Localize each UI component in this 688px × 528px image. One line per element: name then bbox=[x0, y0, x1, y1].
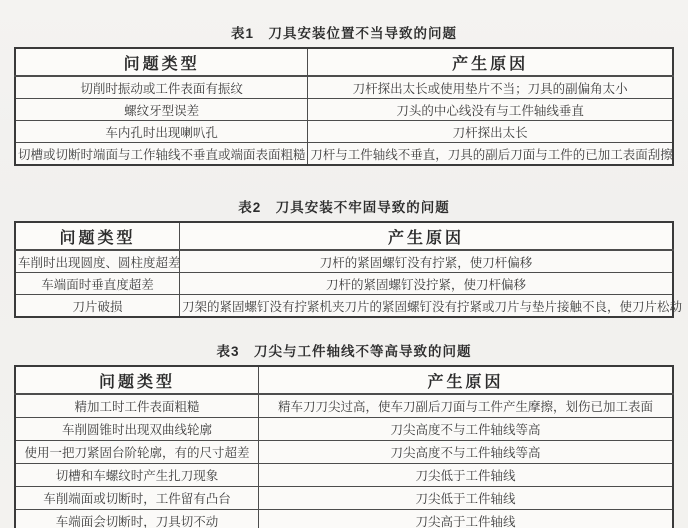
table-row: 切槽或切断时端面与工作轴线不垂直或端面表面粗糙刀杆与工件轴线不垂直，刀具的副后刀… bbox=[15, 143, 673, 166]
table3-problems-tooltip-height: 问题类型产生原因精加工时工件表面粗糙精车刀刀尖过高，使车刀副后刀面与工件产生摩擦… bbox=[14, 365, 674, 528]
problem-type-cell: 精加工时工件表面粗糙 bbox=[15, 394, 258, 418]
problem-type-cell: 切槽或切断时端面与工作轴线不垂直或端面表面粗糙 bbox=[15, 143, 308, 166]
table-row: 精加工时工件表面粗糙精车刀刀尖过高，使车刀副后刀面与工件产生摩擦，划伤已加工表面 bbox=[15, 394, 673, 418]
table2-problems-tool-not-secure: 问题类型产生原因车削时出现圆度、圆柱度超差刀杆的紧固螺钉没有拧紧，使刀杆偏移车端… bbox=[14, 221, 674, 318]
table3-title: 表3 刀尖与工件轴线不等高导致的问题 bbox=[14, 344, 674, 359]
header-row: 问题类型产生原因 bbox=[15, 222, 673, 250]
col-header-cause: 产生原因 bbox=[258, 366, 673, 394]
cause-cell: 刀尖高度不与工件轴线等高 bbox=[258, 441, 673, 464]
cause-cell: 刀杆的紧固螺钉没拧紧，使刀杆偏移 bbox=[180, 273, 674, 295]
problem-type-cell: 车端面时垂直度超差 bbox=[15, 273, 180, 295]
problem-type-cell: 车削时出现圆度、圆柱度超差 bbox=[15, 250, 180, 273]
table-row: 切削时振动或工件表面有振纹刀杆探出太长或使用垫片不当；刀具的副偏角太小 bbox=[15, 76, 673, 99]
table-row: 车削时出现圆度、圆柱度超差刀杆的紧固螺钉没有拧紧，使刀杆偏移 bbox=[15, 250, 673, 273]
problem-type-cell: 车端面会切断时，刀具切不动 bbox=[15, 510, 258, 528]
problem-type-cell: 车削端面或切断时，工件留有凸台 bbox=[15, 487, 258, 510]
table-row: 车削圆锥时出现双曲线轮廓刀尖高度不与工件轴线等高 bbox=[15, 418, 673, 441]
col-header-problem-type: 问题类型 bbox=[15, 48, 308, 76]
table-row: 车端面时垂直度超差刀杆的紧固螺钉没拧紧，使刀杆偏移 bbox=[15, 273, 673, 295]
cause-cell: 刀尖高于工件轴线 bbox=[258, 510, 673, 528]
problem-type-cell: 车削圆锥时出现双曲线轮廓 bbox=[15, 418, 258, 441]
problem-type-cell: 车内孔时出现喇叭孔 bbox=[15, 121, 308, 143]
col-header-cause: 产生原因 bbox=[308, 48, 673, 76]
problem-type-cell: 切槽和车螺纹时产生扎刀现象 bbox=[15, 464, 258, 487]
cause-cell: 刀杆探出太长 bbox=[308, 121, 673, 143]
cause-cell: 刀尖高度不与工件轴线等高 bbox=[258, 418, 673, 441]
cause-cell: 刀架的紧固螺钉没有拧紧机夹刀片的紧固螺钉没有拧紧或刀片与垫片接触不良，使刀片松动 bbox=[180, 295, 674, 318]
table-row: 刀片破损刀架的紧固螺钉没有拧紧机夹刀片的紧固螺钉没有拧紧或刀片与垫片接触不良，使… bbox=[15, 295, 673, 318]
col-header-problem-type: 问题类型 bbox=[15, 222, 180, 250]
cause-cell: 刀尖低于工件轴线 bbox=[258, 464, 673, 487]
problem-type-cell: 使用一把刀紧固台阶轮廓，有的尺寸超差 bbox=[15, 441, 258, 464]
problem-type-cell: 切削时振动或工件表面有振纹 bbox=[15, 76, 308, 99]
table-row: 车内孔时出现喇叭孔刀杆探出太长 bbox=[15, 121, 673, 143]
table-row: 切槽和车螺纹时产生扎刀现象刀尖低于工件轴线 bbox=[15, 464, 673, 487]
col-header-problem-type: 问题类型 bbox=[15, 366, 258, 394]
col-header-cause: 产生原因 bbox=[180, 222, 674, 250]
header-row: 问题类型产生原因 bbox=[15, 366, 673, 394]
table2-section: 表2 刀具安装不牢固导致的问题 问题类型产生原因车削时出现圆度、圆柱度超差刀杆的… bbox=[14, 200, 674, 318]
table-row: 使用一把刀紧固台阶轮廓，有的尺寸超差刀尖高度不与工件轴线等高 bbox=[15, 441, 673, 464]
header-row: 问题类型产生原因 bbox=[15, 48, 673, 76]
cause-cell: 刀杆的紧固螺钉没有拧紧，使刀杆偏移 bbox=[180, 250, 674, 273]
cause-cell: 刀头的中心线没有与工件轴线垂直 bbox=[308, 99, 673, 121]
cause-cell: 精车刀刀尖过高，使车刀副后刀面与工件产生摩擦，划伤已加工表面 bbox=[258, 394, 673, 418]
table-row: 车削端面或切断时，工件留有凸台刀尖低于工件轴线 bbox=[15, 487, 673, 510]
table3-section: 表3 刀尖与工件轴线不等高导致的问题 问题类型产生原因精加工时工件表面粗糙精车刀… bbox=[14, 344, 674, 528]
document-page: 表1 刀具安装位置不当导致的问题 问题类型产生原因切削时振动或工件表面有振纹刀杆… bbox=[0, 0, 688, 528]
table-row: 车端面会切断时，刀具切不动刀尖高于工件轴线 bbox=[15, 510, 673, 528]
table1-title: 表1 刀具安装位置不当导致的问题 bbox=[14, 26, 674, 41]
table-row: 螺纹牙型误差刀头的中心线没有与工件轴线垂直 bbox=[15, 99, 673, 121]
table1-problems-tool-position: 问题类型产生原因切削时振动或工件表面有振纹刀杆探出太长或使用垫片不当；刀具的副偏… bbox=[14, 47, 674, 166]
cause-cell: 刀杆探出太长或使用垫片不当；刀具的副偏角太小 bbox=[308, 76, 673, 99]
problem-type-cell: 螺纹牙型误差 bbox=[15, 99, 308, 121]
table2-title: 表2 刀具安装不牢固导致的问题 bbox=[14, 200, 674, 215]
table1-section: 表1 刀具安装位置不当导致的问题 问题类型产生原因切削时振动或工件表面有振纹刀杆… bbox=[14, 26, 674, 166]
cause-cell: 刀杆与工件轴线不垂直，刀具的副后刀面与工件的已加工表面刮擦 bbox=[308, 143, 673, 166]
problem-type-cell: 刀片破损 bbox=[15, 295, 180, 318]
cause-cell: 刀尖低于工件轴线 bbox=[258, 487, 673, 510]
